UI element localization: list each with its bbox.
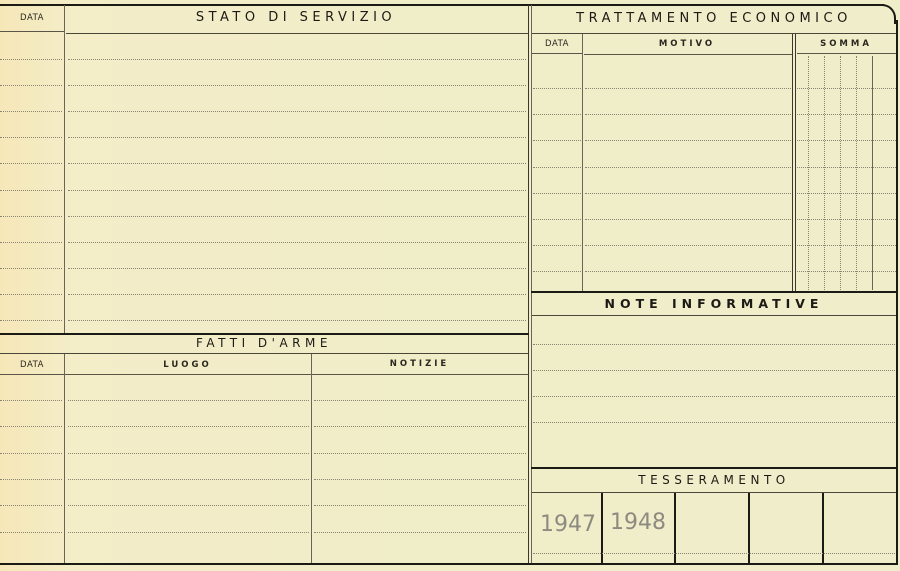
fatti-ruled-line <box>0 453 62 454</box>
trattamento-ruled-line <box>585 219 791 220</box>
note-title-line <box>532 315 896 316</box>
fatti-ruled-line <box>0 426 62 427</box>
stato-ruled-line <box>0 216 62 217</box>
fatti-ruled-line <box>68 453 309 454</box>
trattamento-bottom-border <box>531 291 897 293</box>
fatti-ruled-line <box>68 426 309 427</box>
stato-bottom-border <box>0 333 529 335</box>
stato-ruled-line <box>68 320 526 321</box>
note-title: NOTE INFORMATIVE <box>532 296 896 311</box>
stato-ruled-line <box>68 294 526 295</box>
trattamento-ruled-line <box>533 193 581 194</box>
somma-subcol-dots-2 <box>824 56 825 290</box>
fatti-col-notizie-label: NOTIZIE <box>311 359 528 369</box>
trattamento-ruled-line <box>585 271 791 272</box>
trattamento-ruled-line <box>533 245 581 246</box>
trattamento-title: TRATTAMENTO ECONOMICO <box>532 11 896 26</box>
stato-ruled-line <box>0 242 62 243</box>
fatti-ruled-line <box>0 400 62 401</box>
fatti-data-divider <box>64 354 65 563</box>
trattamento-ruled-line <box>585 88 791 89</box>
tess-year-2: 1948 <box>610 510 666 535</box>
trattamento-ruled-line <box>797 245 896 246</box>
trattamento-ruled-line <box>533 88 581 89</box>
somma-cents-divider <box>872 56 873 290</box>
fatti-title: FATTI D'ARME <box>0 336 528 350</box>
trattamento-ruled-line <box>533 219 581 220</box>
fatti-ruled-line <box>314 532 526 533</box>
fatti-ruled-line <box>0 479 62 480</box>
fatti-ruled-line <box>68 505 309 506</box>
stato-ruled-line <box>0 268 62 269</box>
trattamento-ruled-line <box>585 140 791 141</box>
stato-ruled-line <box>68 268 526 269</box>
fatti-ruled-line <box>68 400 309 401</box>
trattamento-ruled-line <box>797 167 896 168</box>
stato-col-data-label: DATA <box>0 13 64 23</box>
tess-dotted-line <box>533 553 895 554</box>
fatti-ruled-line <box>0 532 62 533</box>
trattamento-ruled-line <box>585 193 791 194</box>
trattamento-ruled-line <box>533 167 581 168</box>
trattamento-ruled-line <box>585 245 791 246</box>
stato-ruled-line <box>68 85 526 86</box>
fatti-ruled-line <box>68 479 309 480</box>
trattamento-ruled-line <box>797 140 896 141</box>
top-border <box>0 4 884 6</box>
stato-title: STATO DI SERVIZIO <box>64 10 528 25</box>
service-record-card: DATA STATO DI SERVIZIO FATTI D'ARME DATA… <box>0 0 900 571</box>
bottom-border <box>0 563 898 565</box>
trattamento-ruled-line <box>533 271 581 272</box>
trattamento-ruled-line <box>533 140 581 141</box>
trattamento-somma-divider-a <box>792 34 793 291</box>
trattamento-header-line-somma <box>797 53 896 54</box>
stato-ruled-line <box>68 190 526 191</box>
fatti-ruled-line <box>314 400 526 401</box>
trattamento-col-data-label: DATA <box>532 39 582 49</box>
trattamento-ruled-line <box>797 193 896 194</box>
fatti-title-line <box>0 353 528 354</box>
stato-ruled-line <box>0 320 62 321</box>
center-divider <box>528 5 529 563</box>
trattamento-header-line-motivo <box>584 54 792 55</box>
stato-ruled-line <box>68 111 526 112</box>
trattamento-data-divider <box>582 34 583 291</box>
stato-ruled-line <box>68 163 526 164</box>
stato-ruled-line <box>0 59 62 60</box>
fatti-col-data-label: DATA <box>0 360 64 370</box>
note-ruled-line <box>533 370 895 371</box>
trattamento-ruled-line <box>797 88 896 89</box>
trattamento-col-motivo-label: MOTIVO <box>582 39 792 49</box>
fatti-luogo-divider <box>311 354 312 563</box>
stato-ruled-line <box>0 137 62 138</box>
fatti-ruled-line <box>68 532 309 533</box>
trattamento-ruled-line <box>797 271 896 272</box>
stato-ruled-line <box>68 137 526 138</box>
fatti-ruled-line <box>314 426 526 427</box>
tesseramento-title-line <box>532 492 896 493</box>
stato-header-line <box>66 33 528 34</box>
stato-ruled-line <box>68 59 526 60</box>
somma-subcol-dots-3 <box>840 56 841 290</box>
note-bottom-border <box>531 467 897 469</box>
stato-ruled-line <box>0 85 62 86</box>
stato-ruled-line <box>0 163 62 164</box>
trattamento-title-line <box>532 33 896 34</box>
fatti-ruled-line <box>314 453 526 454</box>
stato-ruled-line <box>0 190 62 191</box>
stato-ruled-line <box>68 242 526 243</box>
fatti-col-luogo-label: LUOGO <box>64 360 311 370</box>
note-ruled-line <box>533 422 895 423</box>
stato-data-divider <box>64 5 65 333</box>
trattamento-header-line-data <box>532 53 582 54</box>
fatti-header-line <box>0 374 528 375</box>
somma-subcol-dots-4 <box>856 56 857 290</box>
trattamento-col-somma-label: SOMMA <box>796 39 896 49</box>
fatti-ruled-line <box>314 505 526 506</box>
somma-subcol-dots-1 <box>808 56 809 290</box>
stato-ruled-line <box>68 216 526 217</box>
tesseramento-title: TESSERAMENTO <box>532 473 896 487</box>
trattamento-ruled-line <box>533 114 581 115</box>
trattamento-ruled-line <box>797 219 896 220</box>
stato-ruled-line <box>0 111 62 112</box>
trattamento-ruled-line <box>585 114 791 115</box>
stato-header-line-data <box>0 31 64 32</box>
fatti-ruled-line <box>314 479 526 480</box>
trattamento-ruled-line <box>585 167 791 168</box>
stato-ruled-line <box>0 294 62 295</box>
fatti-ruled-line <box>0 505 62 506</box>
note-ruled-line <box>533 344 895 345</box>
trattamento-ruled-line <box>797 114 896 115</box>
note-ruled-line <box>533 396 895 397</box>
tess-year-1: 1947 <box>540 512 596 537</box>
trattamento-somma-divider-b <box>795 34 796 291</box>
